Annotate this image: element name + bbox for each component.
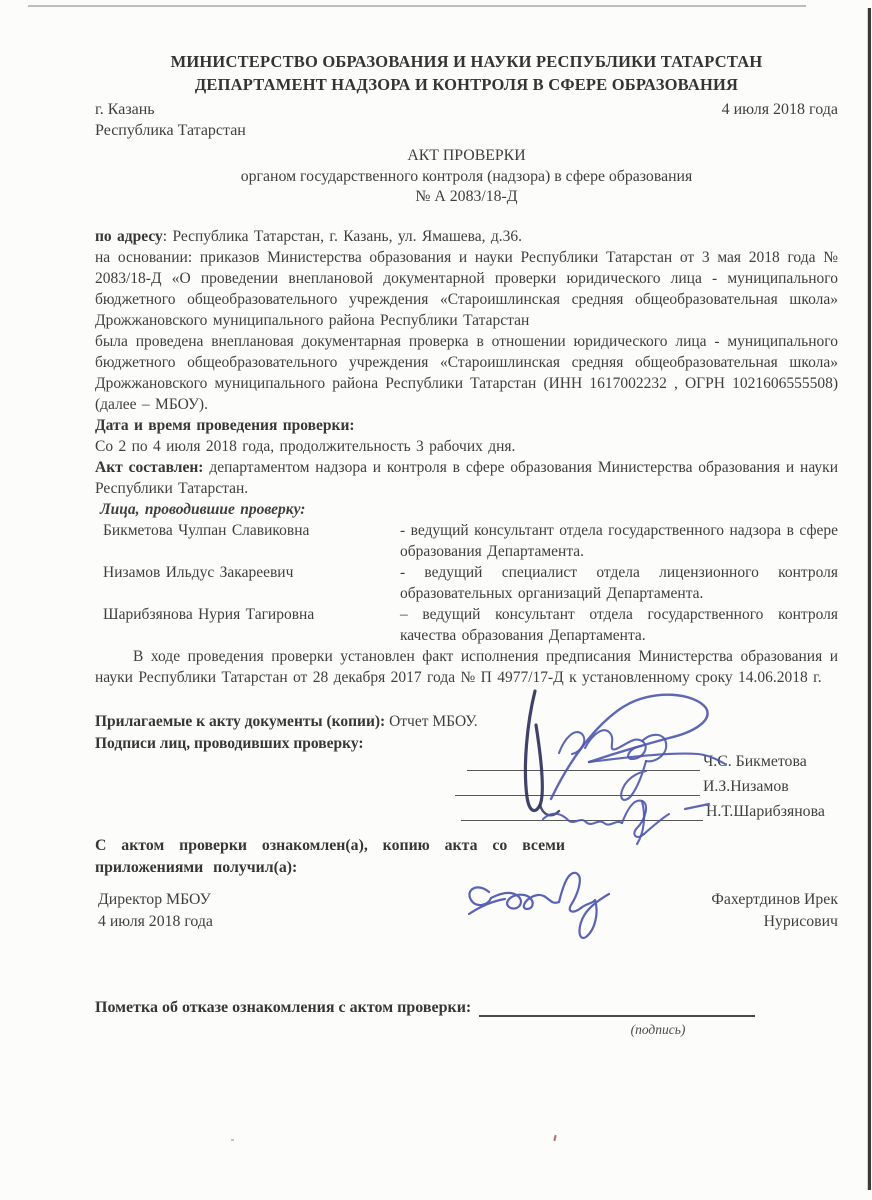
document-title: АКТ ПРОВЕРКИ: [95, 146, 838, 167]
attachments-line: Прилагаемые к акту документы (копии): От…: [95, 711, 838, 733]
inspector-row: Шарибзянова Нурия Тагировна – ведущий ко…: [95, 604, 838, 646]
ministry-header-line1: МИНИСТЕРСТВО ОБРАЗОВАНИЯ И НАУКИ РЕСПУБЛ…: [95, 50, 838, 73]
place-column: г. Казань Республика Татарстан: [95, 99, 246, 141]
address-text: : Республика Татарстан, г. Казань, ул. Я…: [163, 228, 522, 245]
scan-edge-right-line: [868, 8, 871, 1190]
signature-row: Н.Т.Шарибзянова: [455, 796, 838, 821]
document-date: 4 июля 2018 года: [722, 99, 838, 120]
inspector-role: – ведущий консультант отдела государстве…: [400, 604, 838, 646]
conducted-paragraph: была проведена внеплановая документарная…: [95, 331, 838, 415]
inspector-row: Низамов Ильдус Закареевич - ведущий спец…: [95, 562, 838, 604]
refusal-signature-line: [479, 999, 755, 1017]
director-row: Директор МБОУ 4 июля 2018 года Фахертдин…: [95, 889, 838, 932]
act-label: Акт составлен:: [95, 459, 203, 476]
datetime-label-paragraph: Дата и время проведения проверки:: [95, 415, 838, 436]
signature-caption: (подпись): [523, 1022, 793, 1038]
acknowledgment-text: С актом проверки ознакомлен(а), копию ак…: [95, 835, 565, 878]
director-name-line2: Нурисович: [638, 911, 838, 933]
basis-paragraph: на основании: приказов Министерства обра…: [95, 247, 838, 331]
director-title-block: Директор МБОУ 4 июля 2018 года: [95, 889, 213, 932]
scan-speck: [231, 1139, 234, 1141]
inspector-row: Бикметова Чулпан Славиковна - ведущий ко…: [95, 520, 838, 562]
ministry-header: МИНИСТЕРСТВО ОБРАЗОВАНИЯ И НАУКИ РЕСПУБЛ…: [95, 50, 838, 96]
director-name-block: Фахертдинов Ирек Нурисович: [638, 889, 838, 932]
attachments-text: Отчет МБОУ.: [385, 713, 477, 730]
scanned-act-document: МИНИСТЕРСТВО ОБРАЗОВАНИЯ И НАУКИ РЕСПУБЛ…: [0, 0, 872, 1200]
address-paragraph: по адресу: Республика Татарстан, г. Каза…: [95, 226, 838, 247]
datetime-label: Дата и время проведения проверки:: [95, 417, 355, 434]
place-date-row: г. Казань Республика Татарстан 4 июля 20…: [95, 99, 838, 141]
refusal-label: Пометка об отказе ознакомления с актом п…: [95, 999, 471, 1017]
act-text: департаментом надзора и контроля в сфере…: [95, 459, 838, 497]
signature-row: И.З.Низамов: [455, 771, 838, 796]
signature-row: Ч.С. Бикметова: [455, 746, 838, 771]
document-number: № А 2083/18-Д: [95, 187, 838, 208]
inspector-role: - ведущий консультант отдела государстве…: [400, 520, 838, 562]
inspector-role: - ведущий специалист отдела лицензионног…: [400, 562, 838, 604]
signature-line: [467, 751, 700, 771]
attachments-label: Прилагаемые к акту документы (копии):: [95, 713, 385, 730]
document-subtitle: органом государственного контроля (надзо…: [95, 167, 838, 188]
signer-name: Ч.С. Бикметова: [703, 753, 807, 771]
signer-name: И.З.Низамов: [703, 778, 789, 796]
scan-speck: [553, 1135, 556, 1141]
director-date: 4 июля 2018 года: [98, 911, 213, 933]
inspector-name: Бикметова Чулпан Славиковна: [95, 520, 400, 562]
inspectors-label: Лица, проводившие проверку:: [95, 499, 838, 520]
document-body: по адресу: Республика Татарстан, г. Каза…: [95, 226, 838, 688]
director-name-line1: Фахертдинов Ирек: [638, 889, 838, 911]
signature-line: [455, 776, 700, 796]
conclusion-paragraph: В ходе проведения проверки установлен фа…: [95, 646, 838, 688]
inspector-name: Шарибзянова Нурия Тагировна: [95, 604, 400, 646]
region-label: Республика Татарстан: [95, 120, 246, 141]
ministry-header-line2: ДЕПАРТАМЕНТ НАДЗОРА И КОНТРОЛЯ В СФЕРЕ О…: [95, 73, 838, 96]
city-label: г. Казань: [95, 99, 246, 120]
scan-edge-top-line: [28, 5, 806, 7]
inspector-name: Низамов Ильдус Закареевич: [95, 562, 400, 604]
signature-line: [461, 801, 703, 821]
signatures-label: Подписи лиц, проводивших проверку:: [95, 735, 364, 752]
act-paragraph: Акт составлен: департаментом надзора и к…: [95, 457, 838, 499]
datetime-paragraph: Со 2 по 4 июля 2018 года, продолжительно…: [95, 436, 838, 457]
inspector-signatures-block: Ч.С. Бикметова И.З.Низамов Н.Т.Шарибзяно…: [455, 746, 838, 821]
address-label: по адресу: [95, 228, 163, 245]
refusal-row: Пометка об отказе ознакомления с актом п…: [95, 999, 838, 1017]
signer-name: Н.Т.Шарибзянова: [706, 803, 825, 821]
director-title: Директор МБОУ: [98, 889, 213, 911]
document-title-block: АКТ ПРОВЕРКИ органом государственного ко…: [95, 146, 838, 208]
